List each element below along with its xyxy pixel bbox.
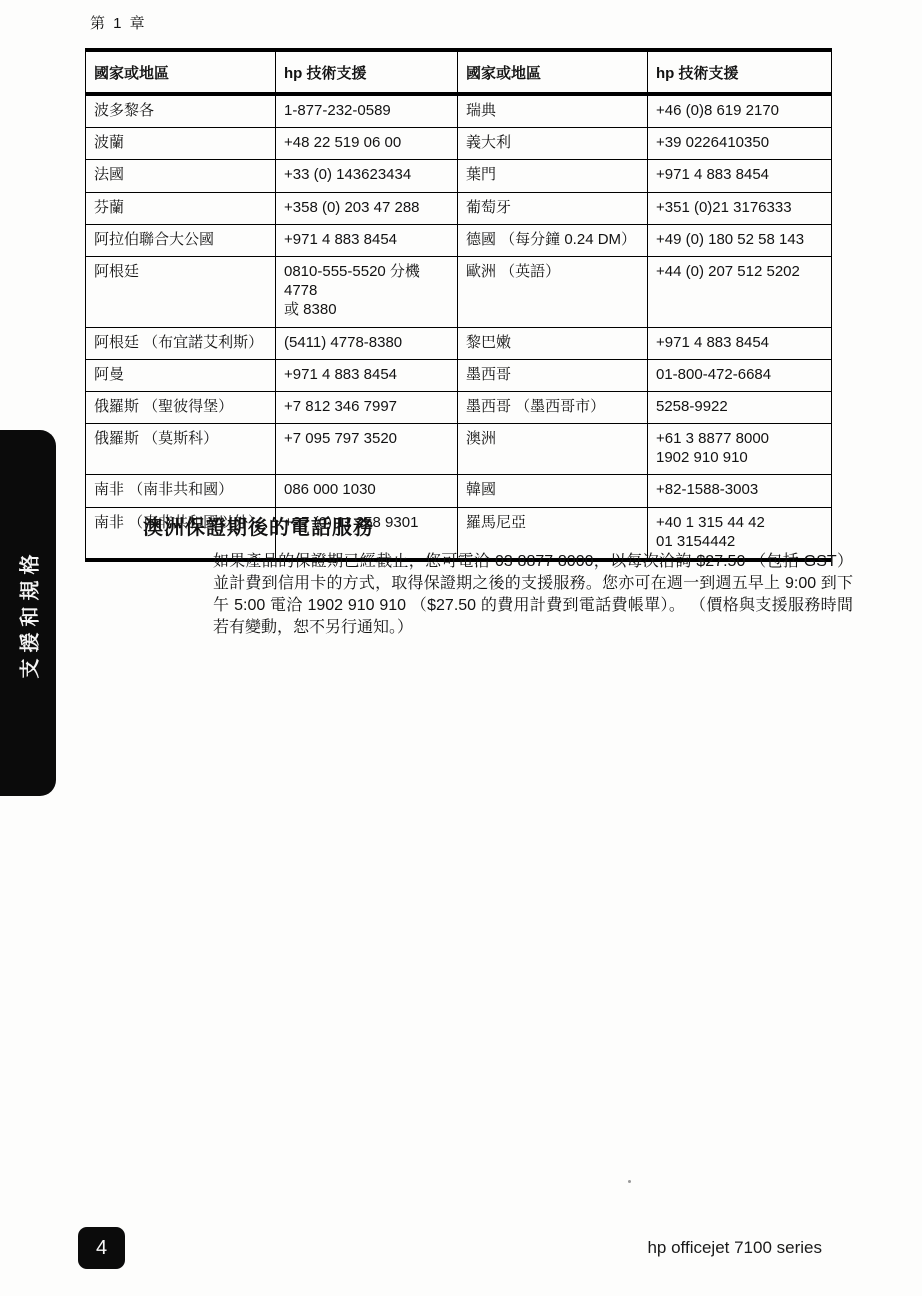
region-cell: 阿根廷 （布宜諾艾利斯）	[86, 327, 276, 359]
region-cell: 澳洲	[458, 424, 648, 475]
table-row: 俄羅斯 （聖彼得堡） +7 812 346 7997 墨西哥 （墨西哥市） 52…	[86, 391, 832, 423]
phone-cell: +7 095 797 3520	[276, 424, 458, 475]
sidebar-chapter-tab: 支援和規格	[0, 430, 56, 796]
section-heading: 澳洲保證期後的電話服務	[143, 511, 374, 540]
phone-cell: +39 0226410350	[648, 128, 832, 160]
region-cell: 瑞典	[458, 94, 648, 128]
phone-cell: 5258-9922	[648, 391, 832, 423]
phone-cell: 0810-555-5520 分機 4778 或 8380	[276, 256, 458, 327]
phone-cell: +971 4 883 8454	[648, 327, 832, 359]
phone-cell: +7 812 346 7997	[276, 391, 458, 423]
region-cell: 南非 （南非共和國）	[86, 475, 276, 507]
scan-speck	[628, 1180, 631, 1183]
sidebar-tab-label: 支援和規格	[14, 548, 43, 678]
table-row: 南非 （南非共和國） 086 000 1030 韓國 +82-1588-3003	[86, 475, 832, 507]
region-cell: 墨西哥 （墨西哥市）	[458, 391, 648, 423]
phone-cell: 086 000 1030	[276, 475, 458, 507]
page-number-badge: 4	[78, 1227, 125, 1269]
table-row: 俄羅斯 （莫斯科） +7 095 797 3520 澳洲 +61 3 8877 …	[86, 424, 832, 475]
phone-cell: +44 (0) 207 512 5202	[648, 256, 832, 327]
region-cell: 韓國	[458, 475, 648, 507]
phone-cell: +61 3 8877 8000 1902 910 910	[648, 424, 832, 475]
region-cell: 黎巴嫩	[458, 327, 648, 359]
region-cell: 俄羅斯 （莫斯科）	[86, 424, 276, 475]
manual-page: 第 1 章 國家或地區 hp 技術支援 國家或地區 hp 技術支援 波多黎各 1…	[0, 0, 922, 1296]
region-cell: 法國	[86, 160, 276, 192]
phone-cell: +46 (0)8 619 2170	[648, 94, 832, 128]
phone-cell: +33 (0) 143623434	[276, 160, 458, 192]
table-row: 阿根廷 （布宜諾艾利斯） (5411) 4778-8380 黎巴嫩 +971 4…	[86, 327, 832, 359]
phone-cell: +48 22 519 06 00	[276, 128, 458, 160]
region-cell: 葉門	[458, 160, 648, 192]
table-row: 阿曼 +971 4 883 8454 墨西哥 01-800-472-6684	[86, 359, 832, 391]
phone-cell: +49 (0) 180 52 58 143	[648, 224, 832, 256]
region-cell: 波蘭	[86, 128, 276, 160]
column-header-support-left: hp 技術支援	[276, 50, 458, 94]
phone-cell: +971 4 883 8454	[648, 160, 832, 192]
table-row: 法國 +33 (0) 143623434 葉門 +971 4 883 8454	[86, 160, 832, 192]
phone-cell: +971 4 883 8454	[276, 224, 458, 256]
region-cell: 歐洲 （英語）	[458, 256, 648, 327]
region-cell: 芬蘭	[86, 192, 276, 224]
table-row: 阿拉伯聯合大公國 +971 4 883 8454 德國 （每分鐘 0.24 DM…	[86, 224, 832, 256]
table-header-row: 國家或地區 hp 技術支援 國家或地區 hp 技術支援	[86, 50, 832, 94]
phone-cell: 1-877-232-0589	[276, 94, 458, 128]
support-phone-table: 國家或地區 hp 技術支援 國家或地區 hp 技術支援 波多黎各 1-877-2…	[85, 48, 832, 562]
phone-cell: 01-800-472-6684	[648, 359, 832, 391]
table-row: 波蘭 +48 22 519 06 00 義大利 +39 0226410350	[86, 128, 832, 160]
region-cell: 墨西哥	[458, 359, 648, 391]
table-row: 芬蘭 +358 (0) 203 47 288 葡萄牙 +351 (0)21 31…	[86, 192, 832, 224]
phone-cell: (5411) 4778-8380	[276, 327, 458, 359]
chapter-label: 第 1 章	[90, 12, 147, 33]
phone-cell: +358 (0) 203 47 288	[276, 192, 458, 224]
phone-cell: +82-1588-3003	[648, 475, 832, 507]
phone-cell: +351 (0)21 3176333	[648, 192, 832, 224]
region-cell: 葡萄牙	[458, 192, 648, 224]
section-body-paragraph: 如果產品的保證期已經截止，您可電洽 03 8877 8000，以每次洽詢 $27…	[213, 551, 853, 639]
column-header-region-right: 國家或地區	[458, 50, 648, 94]
footer-product-name: hp officejet 7100 series	[647, 1238, 822, 1258]
column-header-support-right: hp 技術支援	[648, 50, 832, 94]
column-header-region-left: 國家或地區	[86, 50, 276, 94]
region-cell: 義大利	[458, 128, 648, 160]
table-row: 波多黎各 1-877-232-0589 瑞典 +46 (0)8 619 2170	[86, 94, 832, 128]
table-row: 阿根廷 0810-555-5520 分機 4778 或 8380 歐洲 （英語）…	[86, 256, 832, 327]
region-cell: 阿拉伯聯合大公國	[86, 224, 276, 256]
region-cell: 德國 （每分鐘 0.24 DM）	[458, 224, 648, 256]
region-cell: 阿曼	[86, 359, 276, 391]
region-cell: 波多黎各	[86, 94, 276, 128]
region-cell: 阿根廷	[86, 256, 276, 327]
phone-cell: +971 4 883 8454	[276, 359, 458, 391]
region-cell: 俄羅斯 （聖彼得堡）	[86, 391, 276, 423]
